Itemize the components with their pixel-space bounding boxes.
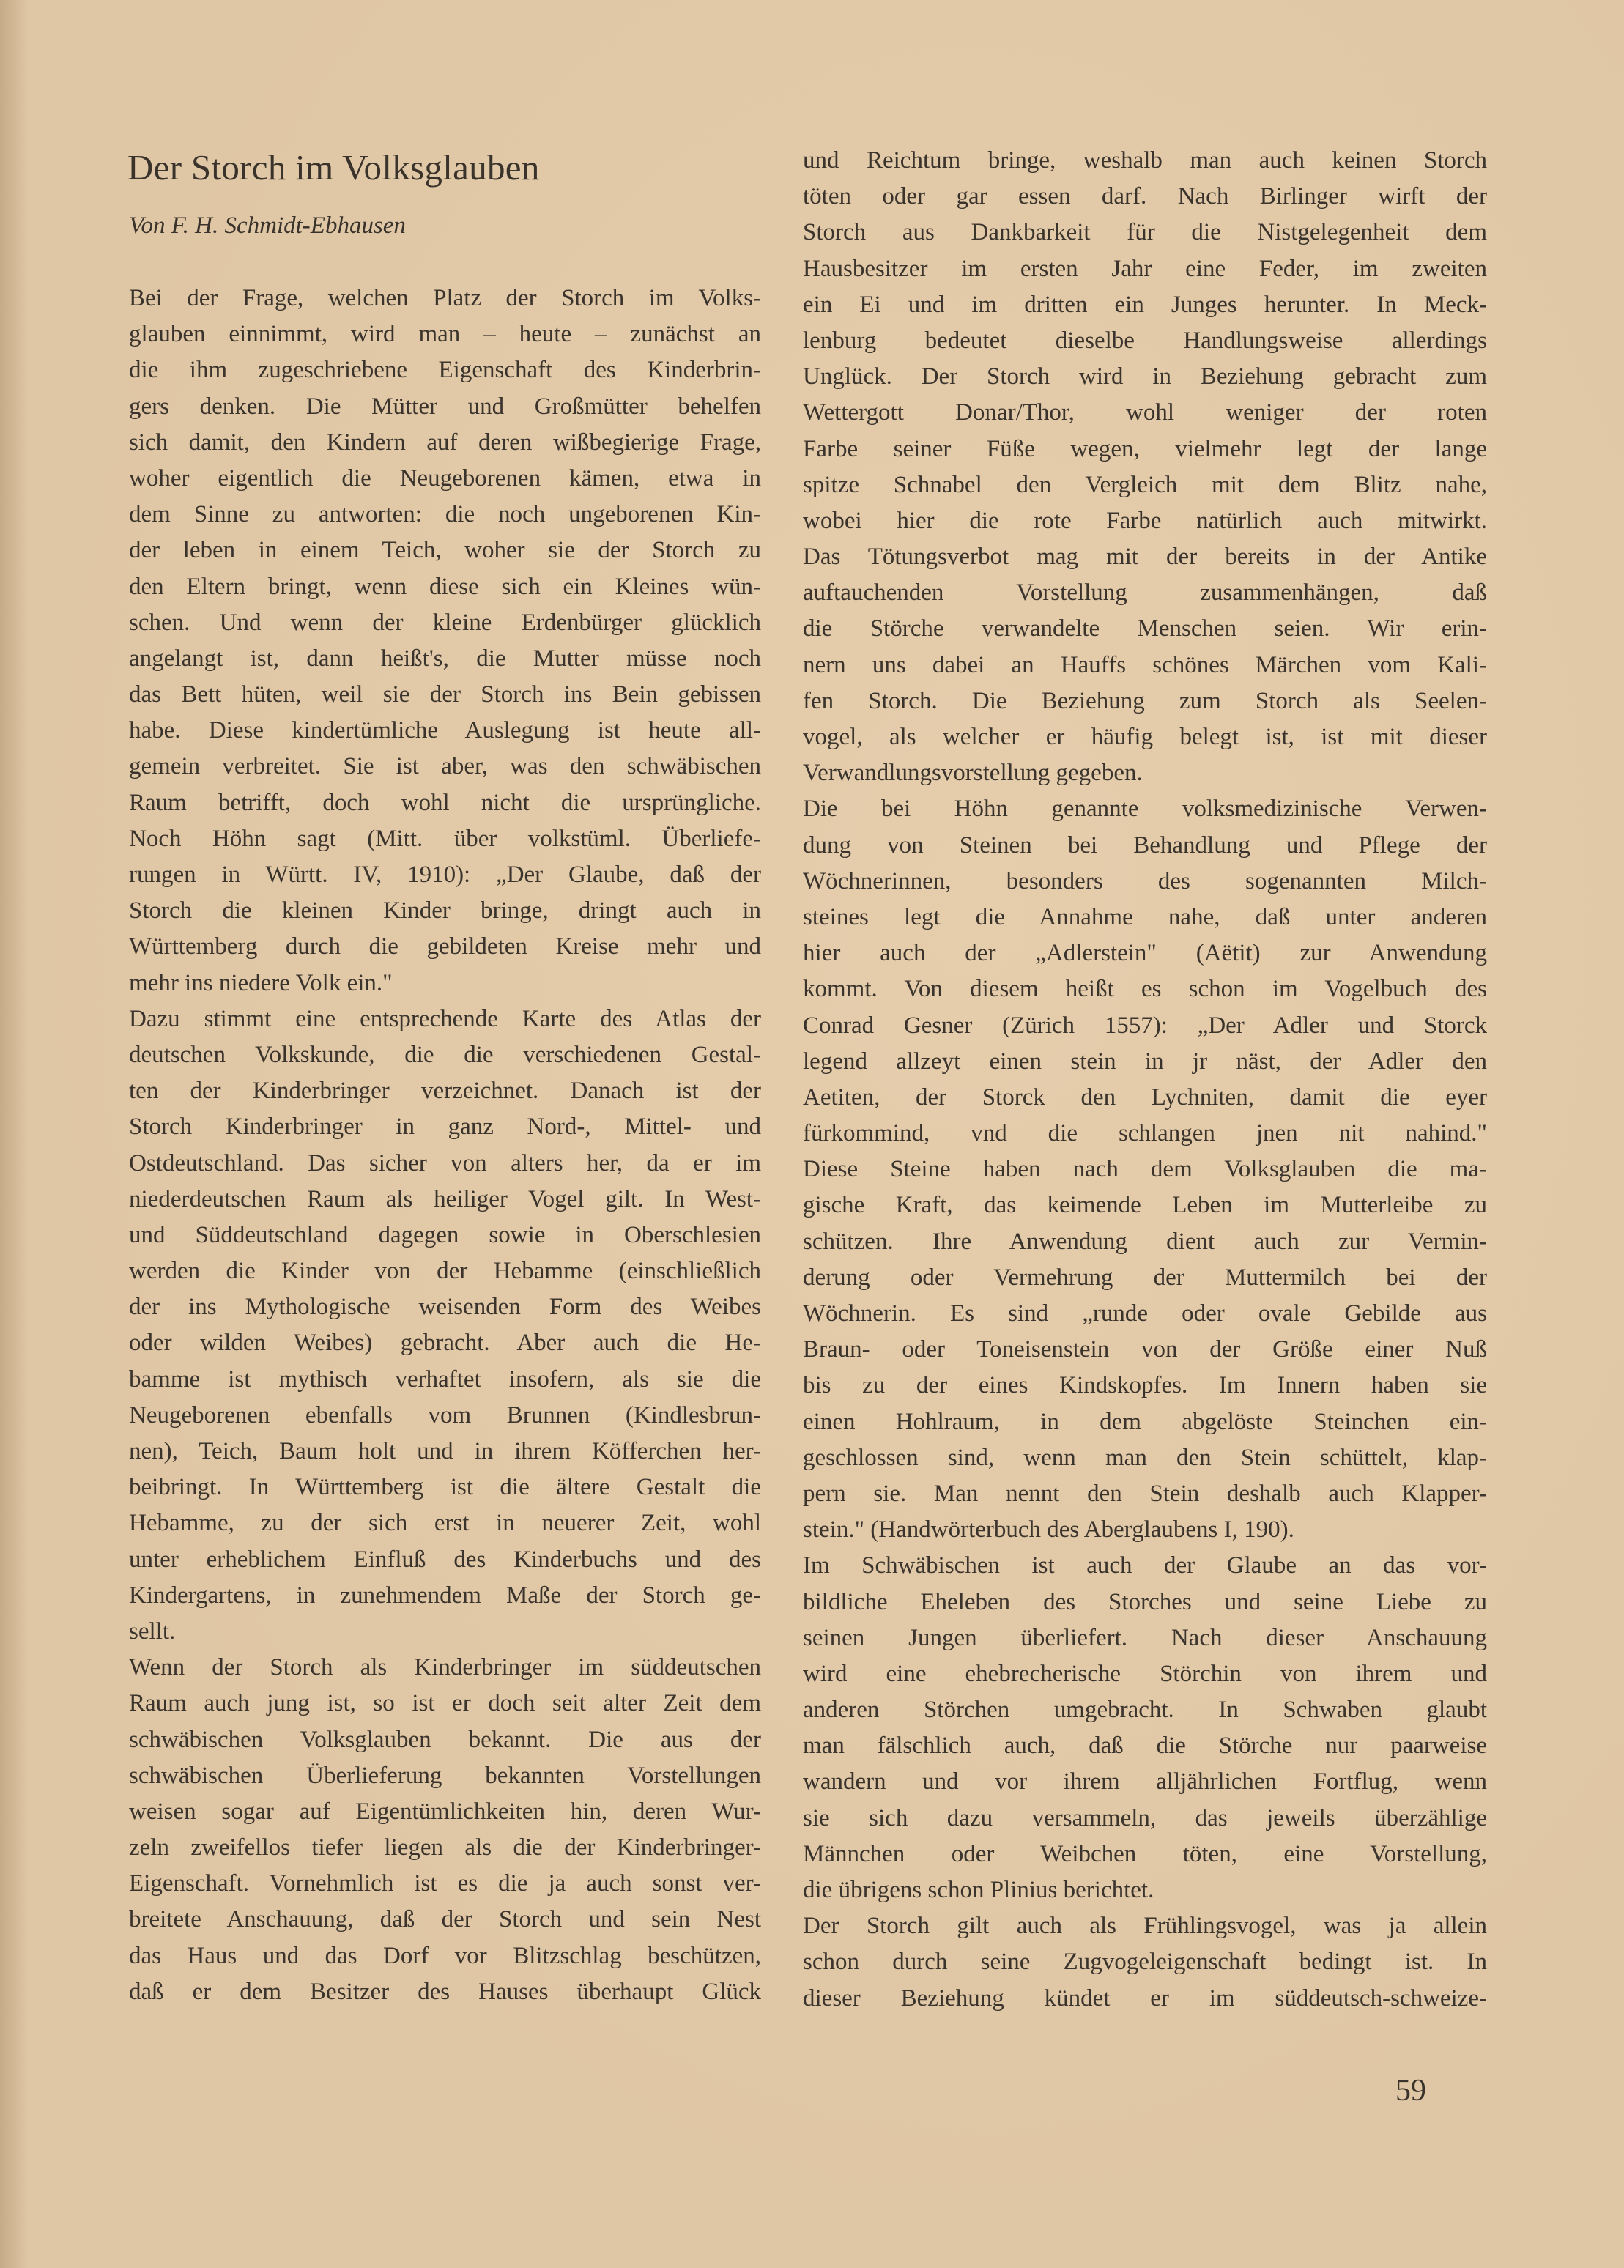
text-line: dung von Steinen bei Behandlung und Pfle… xyxy=(803,828,1487,864)
text-line: Diese Steine haben nach dem Volksglauben… xyxy=(803,1152,1487,1187)
text-line: Hausbesitzer im ersten Jahr eine Feder, … xyxy=(803,251,1487,287)
text-line: hier auch der „Adlerstein" (Aëtit) zur A… xyxy=(803,935,1487,971)
text-line: vogel, als welcher er häufig belegt ist,… xyxy=(803,719,1487,755)
text-line: Männchen oder Weibchen töten, eine Vorst… xyxy=(803,1837,1487,1872)
text-line: Unglück. Der Storch wird in Beziehung ge… xyxy=(803,359,1487,395)
text-line: mehr ins niedere Volk ein." xyxy=(129,966,761,1001)
text-line: nen), Teich, Baum holt und in ihrem Köff… xyxy=(129,1434,761,1470)
text-line: gers denken. Die Mütter und Großmütter b… xyxy=(129,389,761,425)
text-line: unter erheblichem Einfluß des Kinderbuch… xyxy=(129,1542,761,1578)
text-line: die Störche verwandelte Menschen seien. … xyxy=(803,611,1487,647)
text-line: wandern und vor ihrem alljährlichen Fort… xyxy=(803,1764,1487,1800)
text-line: kommt. Von diesem heißt es schon im Voge… xyxy=(803,971,1487,1007)
text-line: auftauchenden Vorstellung zusammenhängen… xyxy=(803,575,1487,611)
text-line: nern uns dabei an Hauffs schönes Märchen… xyxy=(803,648,1487,683)
text-line: die übrigens schon Plinius berichtet. xyxy=(803,1872,1487,1908)
text-line: Bei der Frage, welchen Platz der Storch … xyxy=(129,281,761,316)
text-line: töten oder gar essen darf. Nach Birlinge… xyxy=(803,179,1487,215)
text-line: spitze Schnabel den Vergleich mit dem Bl… xyxy=(803,467,1487,503)
text-line: schwäbischen Volksglauben bekannt. Die a… xyxy=(129,1722,761,1758)
text-line: gemein verbreitet. Sie ist aber, was den… xyxy=(129,749,761,785)
text-line: die ihm zugeschriebene Eigenschaft des K… xyxy=(129,352,761,388)
text-line: schen. Und wenn der kleine Erdenbürger g… xyxy=(129,605,761,641)
text-line: Neugeborenen ebenfalls vom Brunnen (Kind… xyxy=(129,1398,761,1434)
text-line: werden die Kinder von der Hebamme (einsc… xyxy=(129,1253,761,1289)
text-line: glauben einnimmt, wird man – heute – zun… xyxy=(129,316,761,352)
text-line: Das Tötungsverbot mag mit der bereits in… xyxy=(803,539,1487,575)
text-line: Wöchnerin. Es sind „runde oder ovale Geb… xyxy=(803,1296,1487,1332)
text-line: Farbe seiner Füße wegen, vielmehr legt d… xyxy=(803,431,1487,467)
text-line: sellt. xyxy=(129,1614,761,1650)
text-line: das Bett hüten, weil sie der Storch ins … xyxy=(129,677,761,713)
text-line: sich damit, den Kindern auf deren wißbeg… xyxy=(129,425,761,461)
text-line: seinen Jungen überliefert. Nach dieser A… xyxy=(803,1620,1487,1656)
text-line: Verwandlungsvorstellung gegeben. xyxy=(803,755,1487,791)
text-line: man fälschlich auch, daß die Störche nur… xyxy=(803,1728,1487,1764)
text-line: weisen sogar auf Eigentümlichkeiten hin,… xyxy=(129,1794,761,1830)
text-line: Braun- oder Toneisenstein von der Größe … xyxy=(803,1332,1487,1368)
text-line: bis zu der eines Kindskopfes. Im Innern … xyxy=(803,1368,1487,1404)
article-author: Von F. H. Schmidt-Ebhausen xyxy=(129,212,406,240)
page-number: 59 xyxy=(1395,2073,1426,2108)
text-line: Im Schwäbischen ist auch der Glaube an d… xyxy=(803,1548,1487,1584)
text-line: Ostdeutschland. Das sicher von alters he… xyxy=(129,1146,761,1182)
text-line: bildliche Eheleben des Storches und sein… xyxy=(803,1585,1487,1620)
text-line: geschlossen sind, wenn man den Stein sch… xyxy=(803,1440,1487,1476)
text-column-left: Bei der Frage, welchen Platz der Storch … xyxy=(129,281,761,2010)
text-line: fen Storch. Die Beziehung zum Storch als… xyxy=(803,683,1487,719)
text-line: Die bei Höhn genannte volksmedizinische … xyxy=(803,791,1487,827)
text-line: sie sich dazu versammeln, das jeweils üb… xyxy=(803,1801,1487,1837)
text-line: legend allzeyt einen stein in jr näst, d… xyxy=(803,1044,1487,1080)
text-line: lenburg bedeutet dieselbe Handlungsweise… xyxy=(803,323,1487,359)
text-line: derung oder Vermehrung der Muttermilch b… xyxy=(803,1260,1487,1296)
text-line: breitete Anschauung, daß der Storch und … xyxy=(129,1902,761,1938)
text-line: den Eltern bringt, wenn diese sich ein K… xyxy=(129,569,761,605)
text-line: pern sie. Man nennt den Stein deshalb au… xyxy=(803,1476,1487,1512)
text-line: Kindergartens, in zunehmendem Maße der S… xyxy=(129,1578,761,1614)
text-line: woher eigentlich die Neugeborenen kämen,… xyxy=(129,461,761,497)
text-line: Storch aus Dankbarkeit für die Nistgeleg… xyxy=(803,215,1487,251)
text-line: gische Kraft, das keimende Leben im Mutt… xyxy=(803,1187,1487,1223)
text-line: der leben in einem Teich, woher sie der … xyxy=(129,533,761,568)
text-line: Der Storch gilt auch als Frühlingsvogel,… xyxy=(803,1908,1487,1944)
text-line: und Süddeutschland dagegen sowie in Ober… xyxy=(129,1218,761,1253)
text-line: schwäbischen Überlieferung bekannten Vor… xyxy=(129,1758,761,1794)
text-column-right: und Reichtum bringe, weshalb man auch ke… xyxy=(803,143,1487,2017)
text-line: zeln zweifellos tiefer liegen als die de… xyxy=(129,1830,761,1866)
text-line: dem Sinne zu antworten: die noch ungebor… xyxy=(129,497,761,533)
text-line: oder wilden Weibes) gebracht. Aber auch … xyxy=(129,1325,761,1361)
text-line: habe. Diese kindertümliche Auslegung ist… xyxy=(129,713,761,749)
text-line: steines legt die Annahme nahe, daß unter… xyxy=(803,900,1487,935)
text-line: dieser Beziehung kündet er im süddeutsch… xyxy=(803,1981,1487,2017)
text-line: rungen in Württ. IV, 1910): „Der Glaube,… xyxy=(129,857,761,893)
text-line: wird eine ehebrecherische Störchin von i… xyxy=(803,1656,1487,1692)
text-line: ein Ei und im dritten ein Junges herunte… xyxy=(803,287,1487,323)
text-line: angelangt ist, dann heißt's, die Mutter … xyxy=(129,641,761,677)
text-line: wobei hier die rote Farbe natürlich auch… xyxy=(803,503,1487,539)
article-title: Der Storch im Volksglauben xyxy=(127,147,540,188)
text-line: Hebamme, zu der sich erst in neuerer Zei… xyxy=(129,1505,761,1541)
text-line: Eigenschaft. Vornehmlich ist es die ja a… xyxy=(129,1866,761,1902)
text-line: daß er dem Besitzer des Hauses überhaupt… xyxy=(129,1974,761,2010)
text-line: einen Hohlraum, in dem abgelöste Steinch… xyxy=(803,1404,1487,1440)
text-line: ten der Kinderbringer verzeichnet. Danac… xyxy=(129,1073,761,1109)
text-line: deutschen Volkskunde, die die verschiede… xyxy=(129,1037,761,1073)
text-line: beibringt. In Württemberg ist die ältere… xyxy=(129,1470,761,1505)
text-line: anderen Störchen umgebracht. In Schwaben… xyxy=(803,1692,1487,1728)
text-line: Storch Kinderbringer in ganz Nord-, Mitt… xyxy=(129,1109,761,1145)
text-line: Württemberg durch die gebildeten Kreise … xyxy=(129,929,761,965)
text-line: schon durch seine Zugvogeleigenschaft be… xyxy=(803,1944,1487,1980)
text-line: bamme ist mythisch verhaftet insofern, a… xyxy=(129,1362,761,1398)
text-line: der ins Mythologische weisenden Form des… xyxy=(129,1289,761,1325)
text-line: Wenn der Storch als Kinderbringer im süd… xyxy=(129,1650,761,1686)
text-line: Storch die kleinen Kinder bringe, dringt… xyxy=(129,893,761,929)
text-line: niederdeutschen Raum als heiliger Vogel … xyxy=(129,1182,761,1218)
text-line: Wöchnerinnen, besonders des sogenannten … xyxy=(803,864,1487,900)
text-line: das Haus und das Dorf vor Blitzschlag be… xyxy=(129,1938,761,1974)
text-line: Wettergott Donar/Thor, wohl weniger der … xyxy=(803,395,1487,431)
text-line: Noch Höhn sagt (Mitt. über volkstüml. Üb… xyxy=(129,821,761,857)
text-line: fürkommind, vnd die schlangen jnen nit n… xyxy=(803,1116,1487,1152)
text-line: Raum auch jung ist, so ist er doch seit … xyxy=(129,1686,761,1722)
text-line: schützen. Ihre Anwendung dient auch zur … xyxy=(803,1224,1487,1260)
text-line: stein." (Handwörterbuch des Aberglaubens… xyxy=(803,1512,1487,1548)
text-line: Conrad Gesner (Zürich 1557): „Der Adler … xyxy=(803,1008,1487,1044)
text-line: Dazu stimmt eine entsprechende Karte des… xyxy=(129,1001,761,1037)
text-line: Raum betrifft, doch wohl nicht die urspr… xyxy=(129,785,761,821)
text-line: und Reichtum bringe, weshalb man auch ke… xyxy=(803,143,1487,179)
text-line: Aetiten, der Storck den Lychniten, damit… xyxy=(803,1080,1487,1116)
